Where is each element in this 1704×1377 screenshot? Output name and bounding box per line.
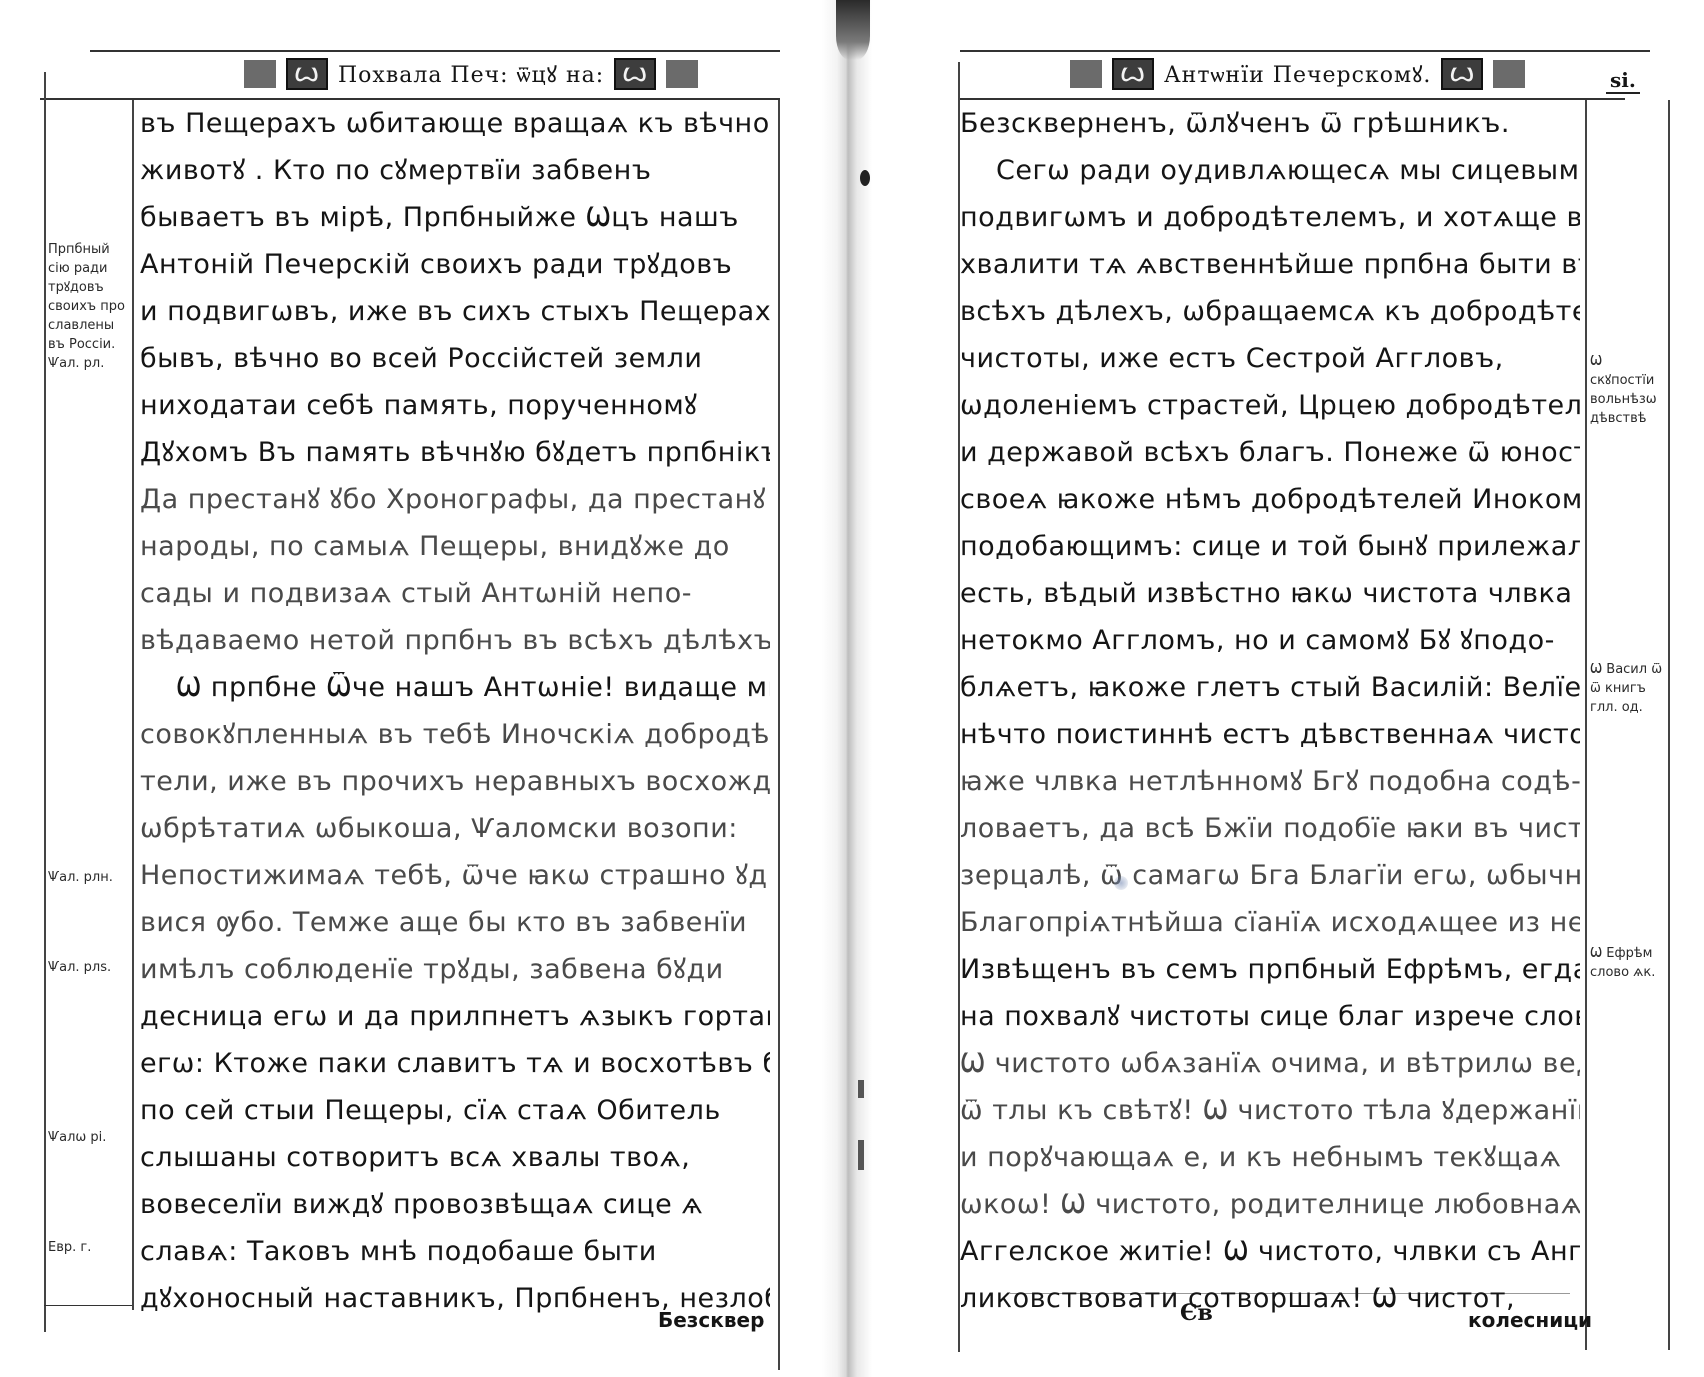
header-ornament-left: Ꙍ <box>1112 58 1154 90</box>
binding-stain <box>860 170 870 186</box>
outer-margin-rule <box>1668 100 1670 1350</box>
text-line: подвигѡмъ и добродѣтелемъ, и хотѧще вос- <box>960 194 1580 241</box>
binding-thread <box>858 1140 864 1170</box>
text-line: Дꙋхомъ Въ память вѣчнꙋю бꙋдетъ прпбнікъ. <box>140 429 770 476</box>
text-line: сады и подвизаѧ стый Антѡній непо- <box>140 570 770 617</box>
header-ornament-shade <box>1070 60 1102 88</box>
text-line: и державой всѣхъ благъ. Понеже ѿ юности <box>960 429 1580 476</box>
text-line: хвалити тѧ ѧвственнѣйше прпбна быти въ <box>960 241 1580 288</box>
top-rule <box>90 50 780 52</box>
text-line: животꙋ . Кто по сꙋмертвїи забвенъ <box>140 147 770 194</box>
margin-note: Ѱал. рлн. <box>48 868 132 887</box>
bottom-margin-rule <box>44 1305 132 1306</box>
header-ornament-shade <box>1493 60 1525 88</box>
text-line-paragraph-start: Сегѡ ради оудивлѧющесѧ мы сицевымъ ти <box>960 147 1580 194</box>
text-margin-rule <box>1585 100 1587 1350</box>
text-margin-rule <box>132 100 134 1310</box>
text-line: ѡдоленіемъ страстей, Црцею добродѣтелей, <box>960 382 1580 429</box>
header-ornament-shade <box>244 60 276 88</box>
text-line: блѧетъ, ꙗкоже глетъ стый Василій: Велїе <box>960 664 1580 711</box>
margin-note: Прпбный сію ради трꙋдовъ своихъ про слав… <box>48 240 132 373</box>
header-ornament-right: Ꙍ <box>614 58 656 90</box>
header-ornament-left: Ꙍ <box>286 58 328 90</box>
text-line: чистоты, иже естъ Сестрой Аггловъ, <box>960 335 1580 382</box>
text-line: Да престанꙋ ꙋбо Хронографы, да престанꙋ <box>140 476 770 523</box>
running-title: Антѡнїи Печерскомꙋ. <box>1164 59 1431 89</box>
ink-smudge <box>1114 876 1128 890</box>
margin-note: Ѱал. рлѕ. <box>48 958 132 977</box>
text-line: совокꙋпленныѧ въ тебѣ Иночскіѧ добродѣ- <box>140 711 770 758</box>
outer-margin-rule <box>44 72 46 1332</box>
text-line-paragraph-start: Ѡ прпбне Ѿче нашъ Антѡніе! видаще мы <box>140 664 770 711</box>
margin-note: Ѡ Васил ѿ ѿ книгъ глл. од. <box>1590 660 1668 717</box>
text-line: имѣлъ соблюденїе трꙋды, забвена бꙋди <box>140 946 770 993</box>
text-line: своеѧ ꙗкоже нѣмъ добродѣтелей Инокомъ <box>960 476 1580 523</box>
binding-shadow <box>836 0 870 60</box>
right-page: Ꙍ Антѡнїи Печерскомꙋ. Ꙍ ѕі. Безскверненъ… <box>920 0 1704 1377</box>
inner-margin-rule <box>778 100 780 1370</box>
margin-note: Евр. г. <box>48 1238 132 1257</box>
left-page: Ꙍ Похвала Печ: ѿцꙋ на: Ꙍ въ Пещерахъ ѡби… <box>0 0 800 1377</box>
header-ornament-shade <box>666 60 698 88</box>
text-line: вѣдаваемо нетой прпбнъ въ всѣхъ дѣлѣхъ с… <box>140 617 770 664</box>
text-line: подобающимъ: сице и той бынꙋ прилежалъ <box>960 523 1580 570</box>
top-rule <box>960 50 1650 52</box>
text-line: ниходатаи себѣ память, порученномꙋ <box>140 382 770 429</box>
signature-mark: Єв <box>1180 1300 1213 1326</box>
text-line: по сей стыи Пещеры, сїѧ стаѧ Обитель <box>140 1087 770 1134</box>
manuscript-spread: Ꙍ Похвала Печ: ѿцꙋ на: Ꙍ въ Пещерахъ ѡби… <box>0 0 1704 1377</box>
text-line: вися ѹбо. Темже аще бы кто въ забвенїи <box>140 899 770 946</box>
text-line: и подвигѡвъ, иже въ сихъ стыхъ Пещерахъ, <box>140 288 770 335</box>
text-line: нетокмо Аггломъ, но и самомꙋ Бꙋ ꙋподо- <box>960 617 1580 664</box>
text-line: Ѡ чистото ѡбѧзанїѧ очима, и вѣтрилѡ ведꙋ… <box>960 1040 1580 1087</box>
margin-note: Ѡ Ефрѣм слово ѧк. <box>1590 944 1668 982</box>
running-title: Похвала Печ: ѿцꙋ на: <box>338 59 604 89</box>
text-line: и порꙋчающаѧ е, и къ небнымъ текꙋщаѧ <box>960 1134 1580 1181</box>
text-line: Аггелское житіе! Ѡ чистото, члвки съ Анг… <box>960 1228 1580 1275</box>
text-line: Извѣщенъ въ семъ прпбный Ефрѣмъ, егда <box>960 946 1580 993</box>
left-text-block: въ Пещерахъ ѡбитающе вращаѧ къ вѣчномꙋ ж… <box>140 100 770 1322</box>
text-line: тели, иже въ прочихъ неравныхъ восхожден… <box>140 758 770 805</box>
text-line: вовеселїи виждꙋ провозвѣщаѧ сице ѧ <box>140 1181 770 1228</box>
text-line: славѧ: Таковъ мнѣ подобаше быти <box>140 1228 770 1275</box>
text-line: Благопріѧтнѣйша сїанїѧ исходѧщее из неѧ. <box>960 899 1580 946</box>
text-line: егѡ: Ктоже паки славитъ тѧ и восхотѣвъ б… <box>140 1040 770 1087</box>
text-line: ѿ тлы къ свѣтꙋ! Ѡ чистото тѣла ꙋдержанїю… <box>960 1087 1580 1134</box>
text-line: бывъ, вѣчно во всей Россійстей земли <box>140 335 770 382</box>
text-line: въ Пещерахъ ѡбитающе вращаѧ къ вѣчномꙋ <box>140 100 770 147</box>
margin-note: Ѱалѡ рі. <box>48 1128 132 1147</box>
binding-thread <box>858 1080 864 1098</box>
text-line: всѣхъ дѣлехъ, ѡбращаемсѧ къ добродѣтели <box>960 288 1580 335</box>
running-header: Ꙍ Похвала Печ: ѿцꙋ на: Ꙍ <box>244 58 698 90</box>
text-line: Антоній Печерскій своихъ ради трꙋдовъ <box>140 241 770 288</box>
text-line: на похвалꙋ чистоты сице благ изрече слов… <box>960 993 1580 1040</box>
catchword: колесници <box>1468 1308 1592 1332</box>
running-header: Ꙍ Антѡнїи Печерскомꙋ. Ꙍ <box>1070 58 1525 90</box>
text-line: ꙗже члвка нетлѣнномꙋ Бгꙋ подобна содѣ- <box>960 758 1580 805</box>
text-line: ѡбрѣтатиѧ ѡбыкоша, Ѱаломски возопи: <box>140 805 770 852</box>
text-line: Безскверненъ, ѿлꙋченъ ѿ грѣшникъ. <box>960 100 1580 147</box>
folio-number: ѕі. <box>1606 68 1640 94</box>
text-line: бываетъ въ мірѣ, Прпбныйже Ѡцъ нашъ <box>140 194 770 241</box>
binding-gutter <box>822 0 872 1377</box>
text-line: десница егѡ и да прилпнетъ ѧзыкъ гортани <box>140 993 770 1040</box>
text-line: зерцалѣ, ѿ самагѡ Бга Благїи егѡ, ѡбычно <box>960 852 1580 899</box>
text-line: народы, по самыѧ Пещеры, внидꙋже до <box>140 523 770 570</box>
text-line: есть, вѣдый извѣстно ꙗкѡ чистота члвка <box>960 570 1580 617</box>
text-line: ловаетъ, да всѣ Бжїи подобїе ꙗки въ чист… <box>960 805 1580 852</box>
text-line: Непостижимаѧ тебѣ, ѿче ꙗкѡ страшно ꙋди- <box>140 852 770 899</box>
text-line: слышаны сотворитъ всѧ хвалы твоѧ, <box>140 1134 770 1181</box>
text-line: нѣчто поистиннѣ естъ дѣвственнаѧ чистота… <box>960 711 1580 758</box>
margin-note: Ѡ скꙋпостїи вольнѣзѡ дѣвствѣ <box>1590 352 1668 428</box>
text-line: ѡкоѡ! Ѡ чистото, родителнице любовнаѧ, и <box>960 1181 1580 1228</box>
header-ornament-right: Ꙍ <box>1441 58 1483 90</box>
catchword: Безсквер <box>658 1308 764 1332</box>
right-text-block: Безскверненъ, ѿлꙋченъ ѿ грѣшникъ. Сегѡ р… <box>960 100 1580 1322</box>
